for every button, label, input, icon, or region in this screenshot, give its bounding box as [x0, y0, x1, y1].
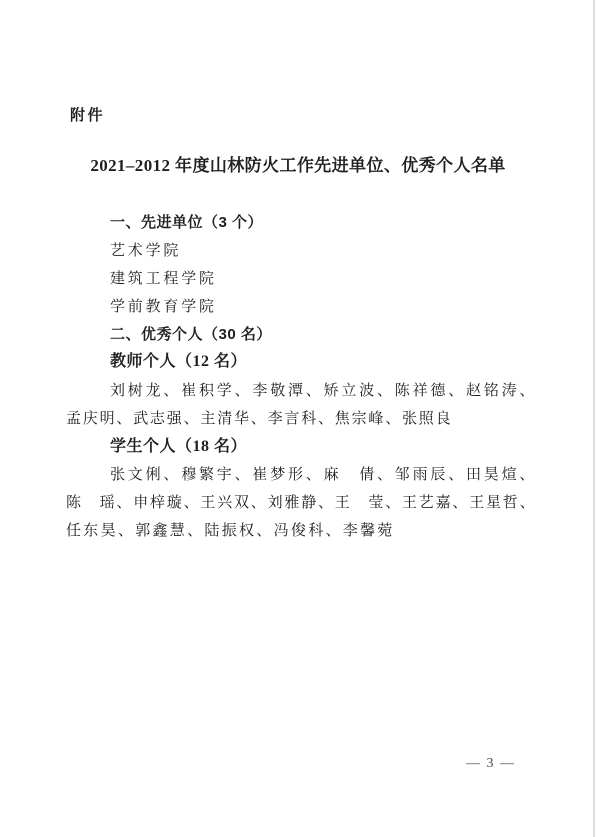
student-names-line: 张文俐、穆繁宇、崔梦形、麻 倩、邹雨辰、田昊煊、 — [110, 465, 537, 485]
student-names-line: 任东昊、郭鑫慧、陆振权、冯俊科、李馨菀 — [66, 521, 395, 541]
teacher-names-line: 刘树龙、崔积学、李敬潭、矫立波、陈祥德、赵铭涛、 — [110, 381, 537, 401]
section-outstanding-individuals-heading: 二、优秀个人（30 名） — [110, 325, 272, 345]
document-page: 附件 2021–2012 年度山林防火工作先进单位、优秀个人名单 一、先进单位（… — [0, 0, 596, 837]
teacher-individuals-subheading: 教师个人（12 名） — [110, 352, 247, 372]
attachment-label: 附件 — [70, 106, 105, 126]
advanced-unit-item: 学前教育学院 — [110, 297, 217, 317]
student-individuals-subheading: 学生个人（18 名） — [110, 437, 247, 457]
page-number: — 3 — — [466, 756, 516, 772]
student-names-line: 陈 瑶、申梓璇、王兴双、刘雅静、王 莹、王艺嘉、王星哲、 — [66, 493, 536, 513]
advanced-unit-item: 艺术学院 — [110, 241, 181, 261]
teacher-names-line: 孟庆明、武志强、主清华、李言科、焦宗峰、张照良 — [66, 409, 452, 429]
page-right-edge-line — [593, 0, 595, 837]
section-advanced-units-heading: 一、先进单位（3 个） — [110, 213, 263, 233]
advanced-unit-item: 建筑工程学院 — [110, 269, 217, 289]
document-title: 2021–2012 年度山林防火工作先进单位、优秀个人名单 — [0, 154, 596, 178]
